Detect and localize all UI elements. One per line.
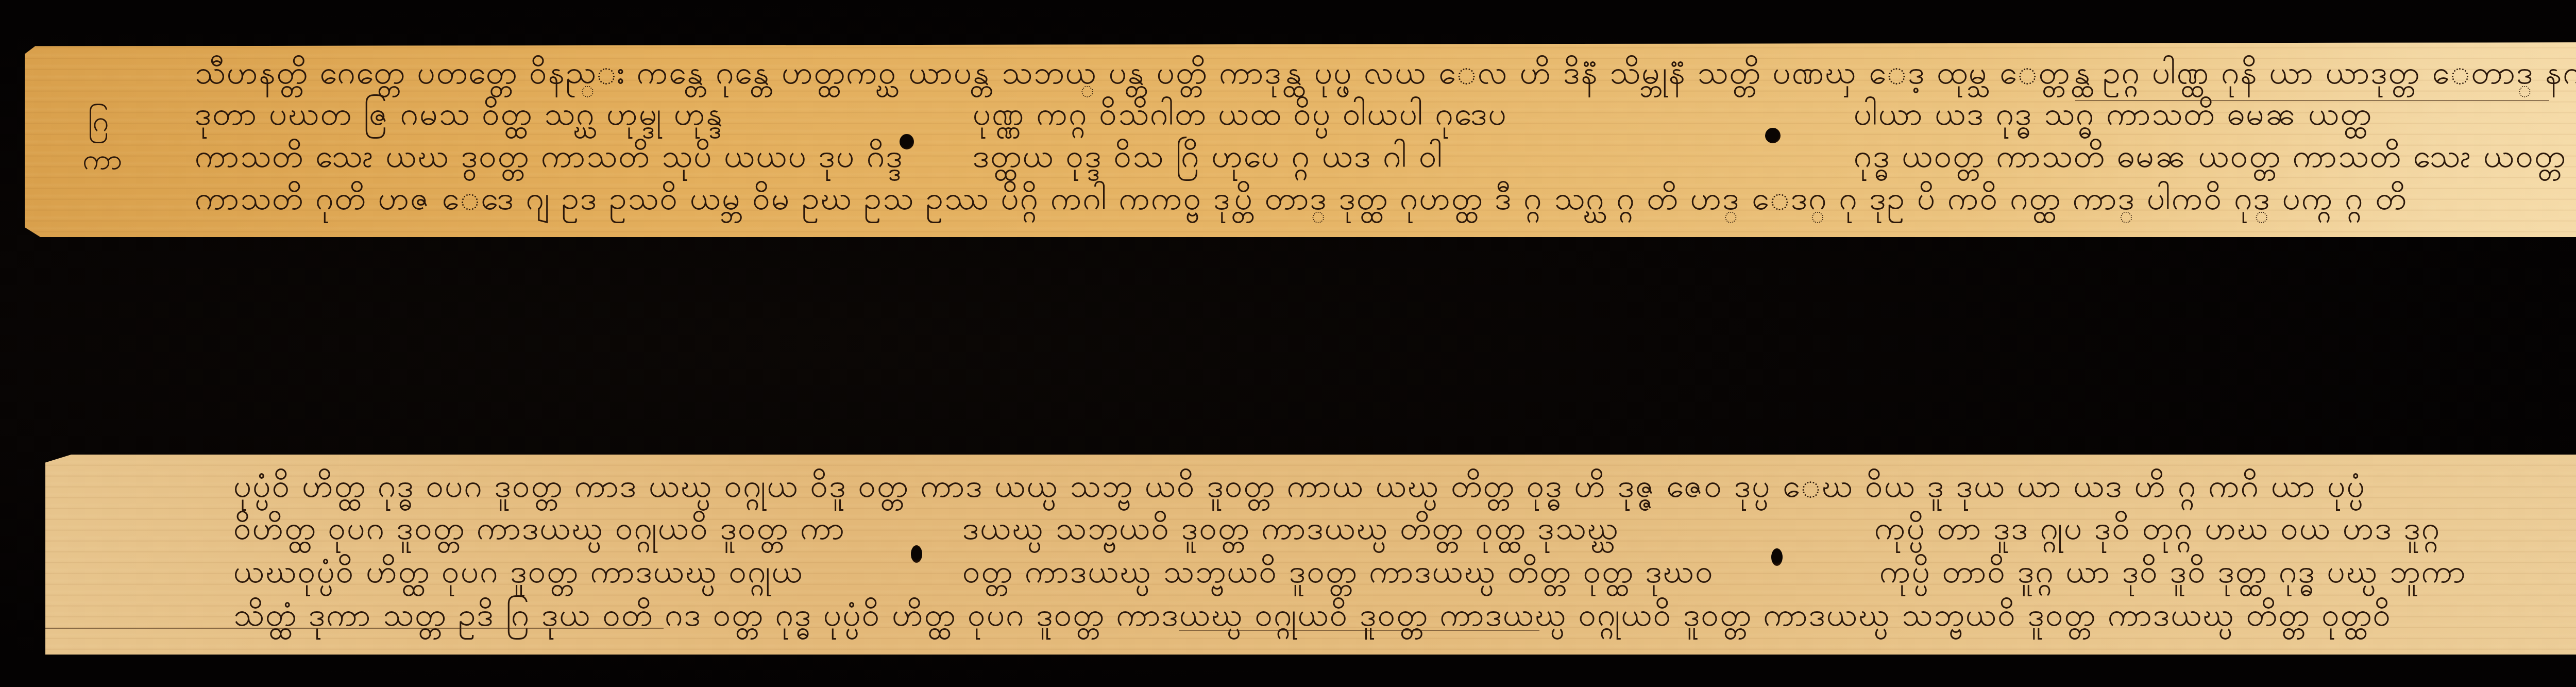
ruling-line [45,628,664,629]
manuscript-line-2-col-2: ပုဏ္ဏ ကဂ္ဂ ဝိသိဂါတ ယထ ဝိပ္ပ ဝါယပါ ဂုဒေပ [973,98,1507,130]
manuscript-line-3-col-1: ယဃဝုပ္ပံဝိ ဟိတ္ထ ဝုပဂ ဒူဝတ္တ ကာဒယဃ္ပ ဝဂ္… [233,556,804,588]
folio-mark: ဂြ [88,103,109,145]
manuscript-line-4: သိတ္ထံ ဒုကာ သတ္တ ဥဒိ ဂြ ဒုယ ဝတိ ဂဒ ဝတ္တ … [233,599,2392,631]
manuscript-line-3-col-2: ဝတ္တ ကာဒယဃ္ပ သဘ္ဗယဝိ ဒူဝတ္တ ကာဒယဃ္ပ တိတ္… [962,556,1714,588]
manuscript-line-1: သီဟနတ္တိ ဂေတ္တေ ပတတ္တေ ဝိနည္း ကန္တေ ဂုန္… [195,57,2576,89]
manuscript-line-2-col-3: ပါယာ ယဒ ဂုဒ္ဓ သဂ္ဓ ကာသတိ ဓမၼ ယတ္ထ [1854,98,2372,130]
ruling-line [2075,100,2549,101]
manuscript-line-3-col-2: ဒတ္ထယ ဝုဒ္ဒ ဝိသ ဂြိ ဟုပေ ဂ္ဂ ယဒ ဂါ ဝါ [973,140,1444,172]
manuscript-line-4: ကာသတိ ဂုတိ ဟဇ ေဒေ ဂျ ဥဒ ဥသဝိ ယမ္ဘ ဝိမ ဥဃ… [195,182,2408,214]
manuscript-line-3-col-1: ကာသတိ သေၩ ယဃ ဒွဝတ္တ ကာသတိ သုပိ ယယပ ဒုပ ဂ… [195,140,904,172]
manuscript-line-2-col-1: ဒုတာ ပဃတ ဇြ ဂမသ ဝိတ္ထ သဂ္ဃ ဟုမ္ဒု ဟုန္ဒ [195,98,724,130]
palm-leaf-2: ပုပ္ပံဝိ ဟိတ္ထ ဂုဒ္ဓ ဝပဂ ဒူဝတ္တ ကာဒ ယဃ္ပ… [45,455,2576,655]
folio-mark: ကာ [82,141,123,183]
palm-leaf-1: ဂြ ကာ သီဟနတ္တိ ဂေတ္တေ ပတတ္တေ ဝိနည္း ကန္တ… [25,42,2576,237]
string-hole [1765,128,1781,143]
manuscript-line-2-col-1: ဝိဟိတ္ထ ဝုပဂ ဒူဝတ္တ ကာဒယဃ္ပ ဝဂ္ဂုယဝိ ဒူဝ… [233,512,845,544]
manuscript-line-3-col-3: ဂုဒ္ဓ ယဝတ္တ ကာသတိ ဓမၼ ယဝတ္တ ကာသတိ သေၩ ယဝ… [1854,140,2567,172]
manuscript-line-3-col-3: ကုပ္ပိ တာဝိ ဒူဂ္ဂ ယာ ဒုဝိ ဒူဝိ ဒုတ္ထ ဂုဒ… [1879,556,2467,588]
ruling-line [1179,630,1539,631]
string-hole [1771,548,1783,566]
manuscript-line-2-col-3: ကုပ္ပိ တာ ဒူဒ ဂ္ဂုပ ဒုဝိ တုဂ္ဂ ဟဃ ဝယ ဟဒ … [1874,512,2441,544]
string-hole [900,134,914,149]
manuscript-line-2-col-2: ဒယဃ္ပ သဘ္ဗယဝိ ဒူဝတ္တ ကာဒယဃ္ပ တိတ္တ ဝုတ္ထ… [962,512,1619,544]
manuscript-line-1: ပုပ္ပံဝိ ဟိတ္ထ ဂုဒ္ဓ ဝပဂ ဒူဝတ္တ ကာဒ ယဃ္ပ… [233,470,2366,502]
string-hole [911,545,922,563]
